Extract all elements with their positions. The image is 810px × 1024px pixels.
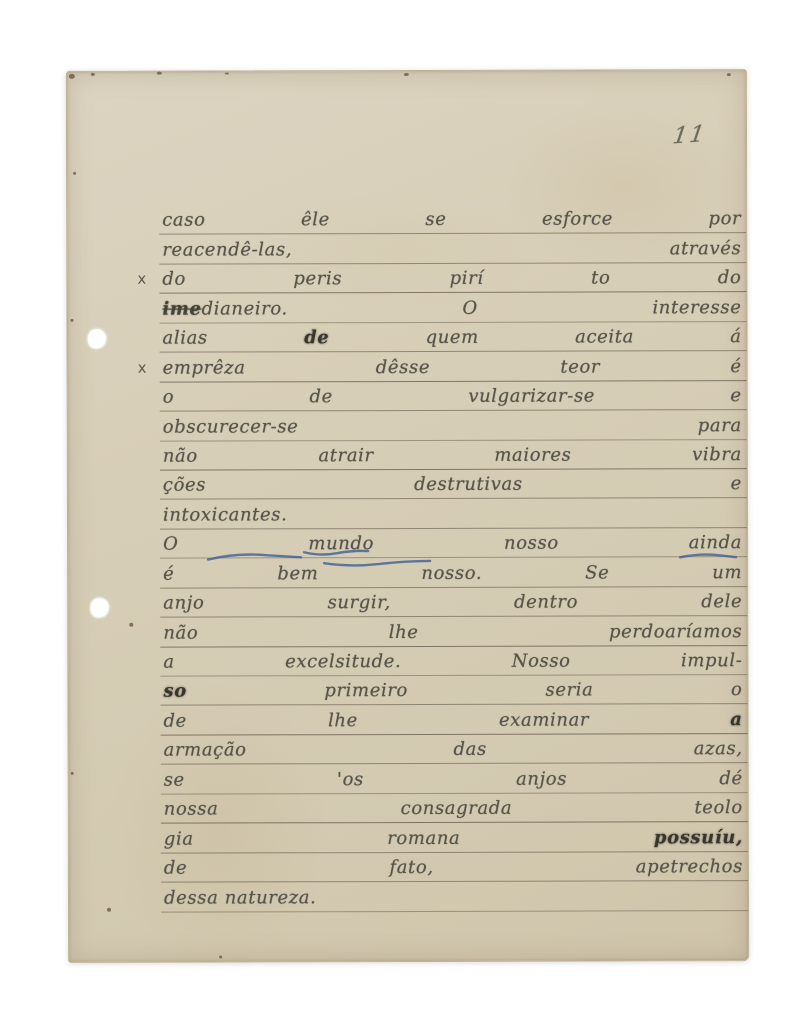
paper-speck <box>69 74 75 79</box>
handwritten-line-16: a excelsitude. Nosso impul- <box>163 648 742 676</box>
ruled-line-row: so primeiro seria o <box>160 675 747 706</box>
handwritten-line-19: armação das azas, <box>164 736 743 764</box>
handwritten-line-9: não atrair maiores vibra <box>163 442 742 470</box>
ruled-line-row: não atrair maiores vibra <box>160 440 747 471</box>
ruled-line-row: ções destrutivas e <box>160 469 747 500</box>
handwritten-line-24: dessa natureza. <box>164 884 743 912</box>
ruled-line-row: a excelsitude. Nosso impul- <box>160 646 747 677</box>
margin-x-mark: x <box>138 358 147 376</box>
handwritten-line-6: emprêza dêsse teor é <box>163 354 742 382</box>
handwriting-correction: so <box>163 681 186 702</box>
ruled-line-row: dessa natureza. <box>161 881 748 912</box>
ruled-line-row: caso êle se esforce por <box>159 204 746 235</box>
handwritten-line-3: do peris pirí to do <box>162 265 741 293</box>
ruled-line-row: reacendê-las, através <box>159 234 746 265</box>
ruled-line-row: armação das azas, <box>161 734 748 765</box>
ruled-line-row: anjo surgir, dentro dele <box>160 587 747 618</box>
handwritten-line-8: obscurecer-se para <box>163 413 742 441</box>
handwritten-line-21: nossa consagrada teolo <box>164 795 743 823</box>
handwriting-segment: do peris pirí to do <box>162 267 741 290</box>
handwriting-segment: reacendê-las, através <box>162 238 741 261</box>
handwriting-segment: obscurecer-se para <box>163 415 742 438</box>
handwriting-segment: nossa consagrada teolo <box>164 797 743 820</box>
handwriting-segment: emprêza dêsse teor é <box>163 356 742 379</box>
ruled-line-row: obscurecer-se para <box>160 410 747 441</box>
ruled-line-row: xemprêza dêsse teor é <box>160 351 747 382</box>
handwriting-segment: alias <box>163 327 305 348</box>
handwriting-segment: de fato, apetrechos <box>164 856 743 879</box>
handwritten-line-14: anjo surgir, dentro dele <box>163 589 742 617</box>
handwritten-line-13: é bem nosso. Se um <box>163 560 742 588</box>
handwritten-line-11: intoxicantes. <box>163 501 742 529</box>
paper-speck <box>727 73 731 76</box>
handwritten-line-12: O mundo nosso ainda <box>163 530 742 558</box>
ruled-line-row: xdo peris pirí to do <box>159 263 746 294</box>
ruled-line-row: o de vulgarizar-se e <box>160 381 747 412</box>
handwriting-segment: gia romana <box>164 827 654 849</box>
handwriting-segment: primeiro seria o <box>187 680 743 702</box>
handwriting-segment: anjo surgir, dentro dele <box>163 591 742 614</box>
ruled-line-row: alias de quem aceita á <box>159 322 746 353</box>
handwriting-segment: caso êle se esforce por <box>162 209 741 232</box>
paper-speck <box>91 73 95 76</box>
handwritten-line-10: ções destrutivas e <box>163 471 742 499</box>
ruled-line-row: O mundo nosso ainda <box>160 528 747 559</box>
ruled-line-row: nossa consagrada teolo <box>161 793 748 824</box>
page-number: 11 <box>671 121 708 149</box>
handwriting-correction: de <box>304 327 329 348</box>
ruled-line-row: é bem nosso. Se um <box>160 557 747 588</box>
ruled-line-row: imedianeiro. O interesse <box>159 292 746 323</box>
margin-x-mark: x <box>137 270 146 288</box>
manuscript-page: 11 caso êle se esforce porreacendê-las, … <box>66 69 749 963</box>
handwritten-line-18: de lhe examinar a <box>164 707 743 735</box>
handwriting-correction: possuíu, <box>654 827 743 848</box>
handwriting-correction: a <box>730 709 742 730</box>
ruled-line-row: gia romana possuíu, <box>161 822 748 853</box>
handwriting-segment: não atrair maiores vibra <box>163 444 742 467</box>
ruled-line-row: não lhe perdoaríamos <box>160 616 747 647</box>
handwritten-line-17: so primeiro seria o <box>163 678 742 706</box>
paper-speck <box>157 72 162 75</box>
handwriting-segment: não lhe perdoaríamos <box>163 621 742 644</box>
paper-speck <box>225 72 229 74</box>
handwriting-segment: o de vulgarizar-se e <box>163 385 742 408</box>
handwriting-segment: a excelsitude. Nosso impul- <box>163 650 742 673</box>
handwritten-line-4: imedianeiro. O interesse <box>162 295 741 323</box>
handwriting-segment: quem aceita á <box>329 326 741 348</box>
ruled-line-row: intoxicantes. <box>160 498 747 529</box>
paper-speck <box>73 172 76 175</box>
handwriting-segment: ções destrutivas e <box>163 473 742 496</box>
handwritten-line-23: de fato, apetrechos <box>164 854 743 882</box>
scan-canvas: { "document": { "type": "handwritten man… <box>0 0 810 1024</box>
handwritten-line-15: não lhe perdoaríamos <box>163 619 742 647</box>
handwriting-segment: intoxicantes. <box>163 504 287 525</box>
handwriting-segment: de lhe examinar <box>164 709 731 731</box>
ruled-line-row: se 'os anjos dé <box>161 763 748 794</box>
handwritten-line-1: caso êle se esforce por <box>162 207 741 235</box>
handwriting-segment: dessa natureza. <box>164 887 317 908</box>
paper-speck <box>404 73 409 76</box>
ruled-line-row: de fato, apetrechos <box>161 852 748 883</box>
handwriting-segment: O mundo nosso ainda <box>163 532 742 555</box>
handwritten-line-22: gia romana possuíu, <box>164 825 743 853</box>
handwritten-line-7: o de vulgarizar-se e <box>163 383 742 411</box>
handwriting-segment: é bem nosso. Se um <box>163 562 742 585</box>
ruled-text-area: caso êle se esforce porreacendê-las, atr… <box>67 204 748 912</box>
handwritten-line-2: reacendê-las, através <box>162 236 741 264</box>
paper-speck <box>219 955 222 958</box>
handwritten-line-20: se 'os anjos dé <box>164 766 743 794</box>
ruled-line-row: de lhe examinar a <box>160 705 747 736</box>
handwriting-segment: dianeiro. O interesse <box>202 297 742 319</box>
handwriting-correction: ime <box>162 298 201 319</box>
handwriting-segment: armação das azas, <box>164 738 743 761</box>
handwriting-segment: se 'os anjos dé <box>164 768 743 791</box>
handwritten-line-5: alias de quem aceita á <box>163 324 742 352</box>
